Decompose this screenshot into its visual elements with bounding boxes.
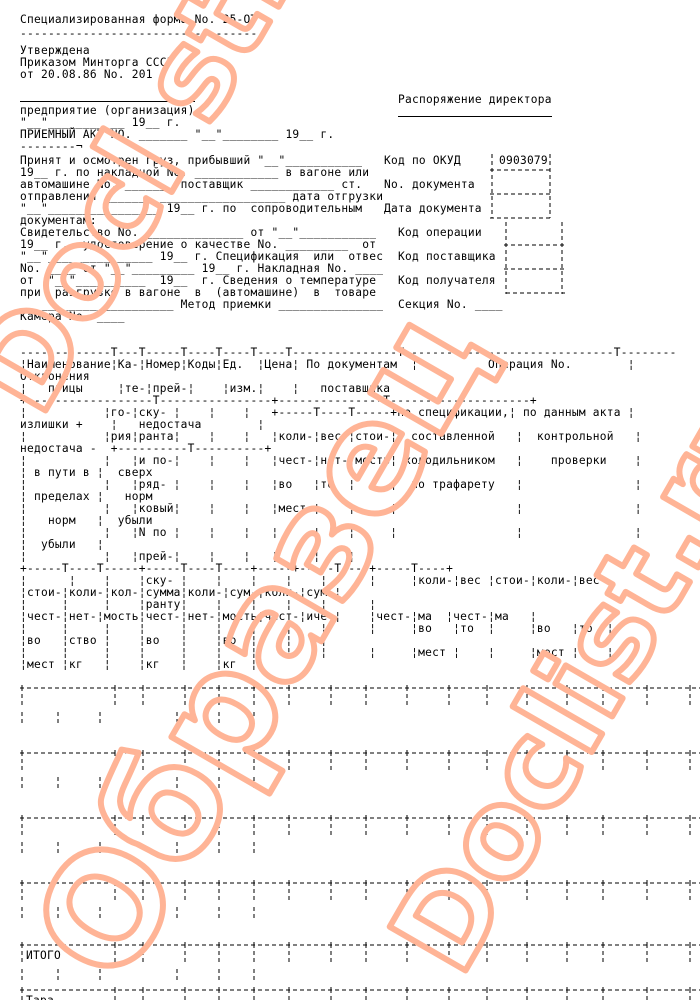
table-row-label: Тара (26, 995, 54, 1000)
table-row-label: ИТОГО (26, 950, 61, 962)
data-table-grid (0, 0, 700, 1000)
form-page: Специализированная форма No. 25-ОТ -----… (0, 0, 700, 1000)
